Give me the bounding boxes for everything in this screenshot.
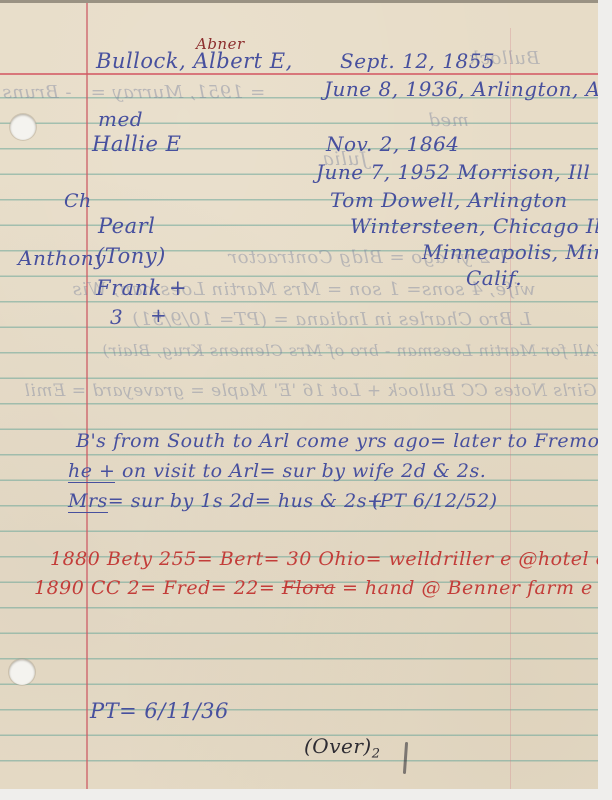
note-line-rest: on visit to Arl= sur by wife 2d & 2s.: [115, 460, 486, 482]
child-count-mark: +: [150, 304, 167, 326]
ghost-line: (All for Martin Loesman - bro of Mrs Cle…: [102, 341, 602, 360]
census-line-post: = hand @ Benner farm e: [335, 577, 592, 599]
child-name-margin: Anthony: [18, 247, 106, 269]
source-reference: (PT 6/12/52): [372, 491, 498, 512]
scan-edge-right: [598, 0, 612, 800]
punch-hole-top: [10, 114, 36, 140]
residence-line: Tom Dowell, Arlington: [330, 189, 568, 211]
spouse-birth-date: Nov. 2, 1864: [326, 133, 460, 155]
over-text: (Over): [304, 734, 372, 758]
scan-edge-top: [0, 0, 612, 3]
census-line: 1890 CC 2= Fred= 22= Flora = hand @ Benn…: [34, 578, 593, 599]
ghost-line: Girls Notes CC Bullock + Lot 16 'E' Mapl…: [24, 381, 597, 401]
margin-rule-show-through: [510, 28, 511, 790]
spouse-death-date-place: June 7, 1952 Morrison, Ill Arl: [316, 161, 612, 183]
notebook-page: Bullock = 1951, Murray = - Bruns med Jul…: [0, 0, 612, 800]
ghost-line: L Bro Charles in Indiana = (PT= 10/9/51): [132, 309, 531, 330]
child-name: (Tony): [96, 245, 166, 268]
over-subscript: 2: [372, 747, 381, 762]
scan-edge-bottom: [0, 789, 612, 800]
ghost-line: med: [428, 110, 469, 131]
note-line-rest: = sur by 1s 2d= hus & 2s+: [108, 490, 384, 512]
residence-line: Calif.: [466, 267, 522, 289]
pt-date: PT= 6/11/36: [90, 700, 229, 723]
census-line-pre: 1890 CC 2= Fred= 22=: [34, 577, 282, 599]
underlined-word: Mrs: [68, 490, 108, 513]
note-line: he + on visit to Arl= sur by wife 2d & 2…: [68, 461, 486, 482]
children-label: Ch: [64, 191, 92, 212]
name-line: Bullock, Albert E,: [96, 50, 293, 73]
note-line: Mrs= sur by 1s 2d= hus & 2s+: [68, 491, 383, 512]
struck-word: Flora: [282, 577, 336, 599]
punch-hole-bottom: [9, 659, 35, 685]
residence-line: Minneapolis, Minn: [422, 241, 612, 263]
birth-date: Sept. 12, 1855: [340, 50, 495, 72]
red-head-rule: [0, 73, 598, 75]
note-line: B's from South to Arl come yrs ago= late…: [76, 431, 612, 452]
spouse-name: Hallie E: [92, 133, 181, 156]
over-note: (Over)2: [304, 735, 380, 762]
census-line: 1880 Bety 255= Bert= 30 Ohio= welldrille…: [50, 549, 607, 570]
ghost-line: = 1951, Murray = - Bruns: [2, 82, 265, 103]
child-name: Frank +: [96, 277, 187, 300]
child-count: 3: [110, 306, 123, 328]
child-name: Pearl: [98, 215, 155, 238]
death-date-place: June 8, 1936, Arlington, Arl: [324, 78, 612, 100]
residence-line: Wintersteen, Chicago Ill: [350, 215, 608, 237]
underlined-word: he +: [68, 460, 115, 483]
married-abbrev: med: [98, 108, 143, 130]
